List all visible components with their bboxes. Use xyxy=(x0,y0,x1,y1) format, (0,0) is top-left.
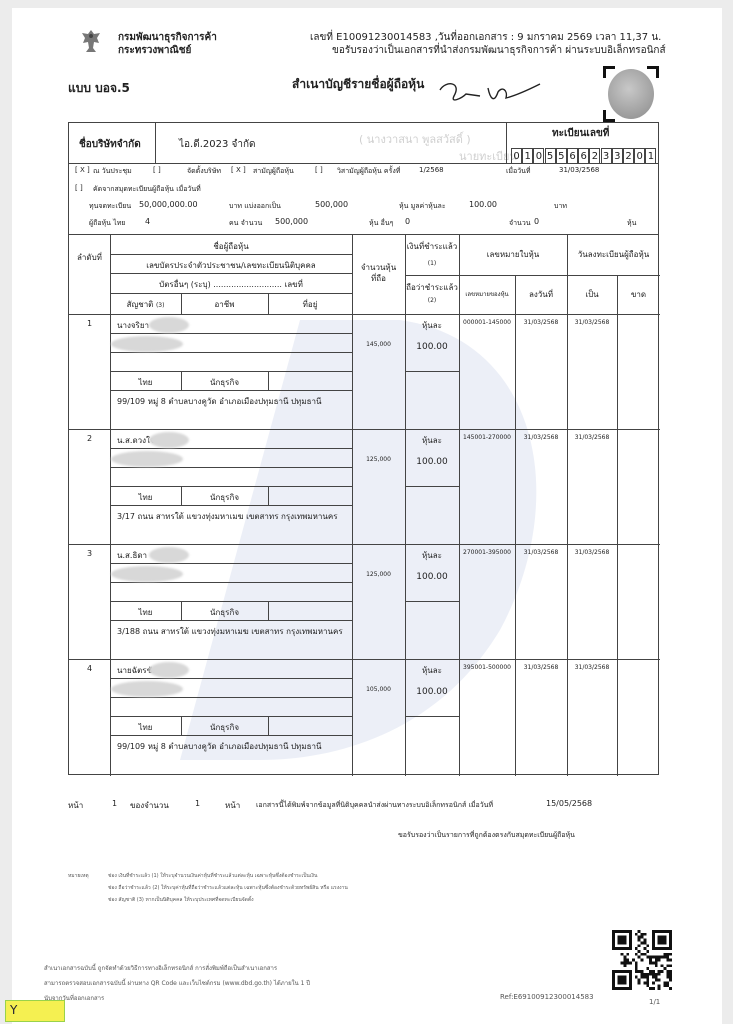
signature-icon xyxy=(432,78,552,108)
holder-occupation: นักธุรกิจ xyxy=(181,606,268,619)
par-value: 100.00 xyxy=(469,200,497,209)
header-cert-date: ลงวันที่ xyxy=(515,288,567,301)
holder-address: 3/188 ถนน สาทรใต้ แขวงทุ่งมหาเมฆ เขตสาทร… xyxy=(117,625,343,638)
amount-label: จำนวน xyxy=(509,218,531,229)
header-paid-cash: เงินที่ชำระแล้ว xyxy=(405,240,459,253)
table-gridline xyxy=(110,620,352,621)
registration-digit: 5 xyxy=(545,148,556,164)
header-deemed-paid: ถือว่าชำระแล้ว xyxy=(405,281,459,294)
redacted-surname xyxy=(149,432,189,448)
paid-amount: 100.00 xyxy=(405,687,459,697)
shares-held: 125,000 xyxy=(352,456,405,463)
cert-date: 31/03/2568 xyxy=(515,549,567,556)
cert-range: 000001-145000 xyxy=(459,319,515,326)
other-shares: 0 xyxy=(534,217,539,226)
remark-1: ช่อง เงินที่ชำระแล้ว (1) ให้ระบุจำนวนเงิ… xyxy=(108,872,317,880)
document-title: สำเนาบัญชีรายชื่อผู้ถือหุ้น xyxy=(292,75,424,94)
par-label: หุ้น มูลค่าหุ้นละ xyxy=(399,201,446,212)
extraordinary-label: วิสามัญผู้ถือหุ้น ครั้งที่ xyxy=(337,166,400,177)
shares-held: 145,000 xyxy=(352,341,405,348)
holder-nationality: ไทย xyxy=(110,491,181,504)
cert-range: 395001-500000 xyxy=(459,664,515,671)
registration-digit: 6 xyxy=(578,148,589,164)
table-gridline xyxy=(110,293,352,294)
table-gridline xyxy=(110,697,352,698)
company-name: ไอ.ดี.2023 จำกัด xyxy=(179,137,256,152)
redacted-id-number xyxy=(111,451,183,467)
table-gridline xyxy=(110,582,352,583)
per-share-label: หุ้นละ xyxy=(405,549,459,562)
holder-name: นางจริยา xyxy=(117,319,149,332)
page-label: หน้า xyxy=(68,799,83,812)
per-share-label: หุ้นละ xyxy=(405,319,459,332)
electronic-note-1: สำเนาเอกสารฉบับนี้ ถูกจัดทำด้วยวิธีการทา… xyxy=(44,963,277,973)
cert-range: 145001-270000 xyxy=(459,434,515,441)
table-gridline xyxy=(268,716,269,735)
table-gridline xyxy=(110,448,352,449)
cert-date: 31/03/2568 xyxy=(515,434,567,441)
became-date: 31/03/2568 xyxy=(567,664,617,671)
table-gridline xyxy=(110,467,352,468)
registration-digit: 6 xyxy=(567,148,578,164)
shares-held: 125,000 xyxy=(352,571,405,578)
remarks-label: หมายเหตุ xyxy=(68,872,89,880)
table-gridline xyxy=(110,505,352,506)
paid-amount: 100.00 xyxy=(405,342,459,352)
header-id-number: เลขบัตรประจำตัวประชาชน/เลขทะเบียนนิติบุค… xyxy=(110,259,352,272)
header-seq: ลำดับที่ xyxy=(69,251,110,264)
cert-range: 270001-395000 xyxy=(459,549,515,556)
meeting-date-label: เมื่อวันที่ xyxy=(506,166,531,177)
row-seq: 4 xyxy=(69,664,110,673)
highlight-marker: Y xyxy=(5,1000,65,1022)
shareholder-table: ลำดับที่ ชื่อผู้ถือหุ้น เลขบัตรประจำตัวป… xyxy=(68,234,659,775)
holder-occupation: นักธุรกิจ xyxy=(181,721,268,734)
table-gridline xyxy=(268,371,269,390)
holder-address: 3/17 ถนน สาทรใต้ แขวงทุ่งมหาเมฆ เขตสาทร … xyxy=(117,510,338,523)
row-seq: 2 xyxy=(69,434,110,443)
table-gridline xyxy=(110,352,352,353)
table-gridline xyxy=(405,371,459,372)
header-address: ที่อยู่ xyxy=(268,298,352,311)
table-gridline xyxy=(110,333,352,334)
table-gridline xyxy=(459,235,460,776)
holder-nationality: ไทย xyxy=(110,606,181,619)
page-total: 1 xyxy=(195,799,200,808)
registration-digit: 5 xyxy=(556,148,567,164)
remark-2: ช่อง ถือว่าชำระแล้ว (2) ให้ระบุค่าหุ้นที… xyxy=(108,884,348,892)
table-gridline xyxy=(405,716,459,717)
registration-digit: 1 xyxy=(645,148,656,164)
holder-name: น.ส.ธิดา xyxy=(117,549,147,562)
paid-amount: 100.00 xyxy=(405,572,459,582)
registration-digit: 0 xyxy=(533,148,544,164)
holder-nationality: ไทย xyxy=(110,721,181,734)
ministry-name: กระทรวงพาณิชย์ xyxy=(118,43,191,58)
company-box: ชื่อบริษัทจำกัด ไอ.ดี.2023 จำกัด ( นางวา… xyxy=(68,122,659,164)
copy-checkbox: [ ] xyxy=(75,184,83,192)
header-paid-cash-note: (1) xyxy=(405,260,459,267)
table-gridline xyxy=(69,429,660,430)
thai-shares: 500,000 xyxy=(275,217,308,226)
table-gridline xyxy=(110,254,352,255)
table-gridline xyxy=(110,601,352,602)
header-occupation: อาชีพ xyxy=(181,298,268,311)
registrar-name-faded: ( นางวาสนา พูลสวัสดิ์ ) xyxy=(359,130,471,148)
holder-occupation: นักธุรกิจ xyxy=(181,376,268,389)
redacted-id-number xyxy=(111,566,183,582)
meeting-info: [ X ] ณ วันประชุม [ ] จัดตั้งบริษัท [ X … xyxy=(68,164,659,234)
company-label: ชื่อบริษัทจำกัด xyxy=(79,137,141,152)
registration-digit: 3 xyxy=(612,148,623,164)
qr-page-indicator: 1/1 xyxy=(649,998,660,1006)
thai-holders-count: 4 xyxy=(145,217,150,226)
printed-date: 15/05/2568 xyxy=(546,799,592,808)
table-gridline xyxy=(268,601,269,620)
table-gridline xyxy=(567,235,568,776)
holder-address: 99/109 หมู่ 8 ตำบลบางคูวัด อำเภอเมืองปทุ… xyxy=(117,395,321,408)
redacted-surname xyxy=(149,317,189,333)
cert-date: 31/03/2568 xyxy=(515,664,567,671)
shares-held: 105,000 xyxy=(352,686,405,693)
table-gridline xyxy=(110,486,352,487)
registered-capital: 50,000,000.00 xyxy=(139,200,198,209)
row-seq: 1 xyxy=(69,319,110,328)
form-name: แบบ บอจ.5 xyxy=(68,79,130,98)
extraordinary-checkbox: [ ] xyxy=(315,166,323,174)
meeting-checkbox: [ X ] xyxy=(75,166,90,174)
registration-digit: 3 xyxy=(601,148,612,164)
registration-digit: 1 xyxy=(522,148,533,164)
founding-label: จัดตั้งบริษัท xyxy=(187,166,221,177)
ordinary-checkbox: [ X ] xyxy=(231,166,246,174)
registration-label: ทะเบียนเลขที่ xyxy=(552,126,609,141)
page-label-2: หน้า xyxy=(225,799,240,812)
table-gridline xyxy=(181,293,182,314)
table-gridline xyxy=(110,678,352,679)
redacted-id-number xyxy=(111,681,183,697)
garuda-emblem-icon xyxy=(80,28,102,54)
certify-correct: ขอรับรองว่าเป็นรายการที่ถูกต้องตรงกับสมุ… xyxy=(398,830,575,841)
became-date: 31/03/2568 xyxy=(567,434,617,441)
page-number: 1 xyxy=(112,799,117,808)
holder-nationality: ไทย xyxy=(110,376,181,389)
holder-occupation: นักธุรกิจ xyxy=(181,491,268,504)
copy-label: คัดจากสมุดทะเบียนผู้ถือหุ้น เมื่อวันที่ xyxy=(93,184,201,195)
header-registration-date: วันลงทะเบียนผู้ถือหุ้น xyxy=(567,248,660,261)
reference-number: Ref:E69100912300014583 xyxy=(500,993,594,1001)
founding-checkbox: [ ] xyxy=(153,166,161,174)
registration-digit: 2 xyxy=(623,148,634,164)
holder-address: 99/109 หมู่ 8 ตำบลบางคูวัด อำเภอเมืองปทุ… xyxy=(117,740,321,753)
table-gridline xyxy=(405,486,459,487)
remark-3: ช่อง สัญชาติ (3) หากเป็นนิติบุคคล ให้ระบ… xyxy=(108,896,254,904)
table-gridline xyxy=(69,659,660,660)
printed-note: เอกสารนี้ได้พิมพ์จากข้อมูลที่นิติบุคคลนำ… xyxy=(256,800,493,811)
cert-date: 31/03/2568 xyxy=(515,319,567,326)
other-holders-label: หุ้น อื่นๆ xyxy=(369,218,393,229)
redacted-surname xyxy=(149,547,189,563)
header-other-card: บัตรอื่นๆ (ระบุ) .......................… xyxy=(110,278,352,291)
table-gridline xyxy=(617,275,618,776)
redacted-surname xyxy=(149,662,189,678)
header-nationality: สัญชาติ xyxy=(127,300,154,309)
per-share-label: หุ้นละ xyxy=(405,664,459,677)
registration-cell: ทะเบียนเลขที่ 0105566233201 xyxy=(506,123,658,163)
table-gridline xyxy=(352,235,353,776)
table-gridline xyxy=(69,544,660,545)
table-gridline xyxy=(110,563,352,564)
persons-label: คน จำนวน xyxy=(229,218,262,229)
capital-label: ทุนจดทะเบียน xyxy=(89,201,131,212)
per-share-label: หุ้นละ xyxy=(405,434,459,447)
header-deemed-paid-note: (2) xyxy=(405,297,459,304)
qr-code-icon[interactable] xyxy=(612,930,672,990)
table-gridline xyxy=(110,716,352,717)
table-gridline xyxy=(110,371,352,372)
table-gridline xyxy=(69,314,660,315)
became-date: 31/03/2568 xyxy=(567,319,617,326)
header-shares-held-2: ที่ถือ xyxy=(352,272,405,285)
row-seq: 3 xyxy=(69,549,110,558)
meeting-date: 31/03/2568 xyxy=(559,166,599,174)
table-gridline xyxy=(268,293,269,314)
became-date: 31/03/2568 xyxy=(567,549,617,556)
thai-holders-label: ผู้ถือหุ้น ไทย xyxy=(89,218,125,229)
header-ceased: ขาด xyxy=(617,288,660,301)
registration-digit: 0 xyxy=(511,148,522,164)
shares-unit: หุ้น xyxy=(627,218,636,229)
registration-digit: 2 xyxy=(589,148,600,164)
ordinary-label: สามัญผู้ถือหุ้น xyxy=(253,166,294,177)
header-became: เป็น xyxy=(567,288,617,301)
meeting-label: ณ วันประชุม xyxy=(93,166,132,177)
header-cert-range: เลขหมายของหุ้น xyxy=(459,289,515,299)
table-gridline xyxy=(110,390,352,391)
table-gridline xyxy=(515,275,516,776)
paid-amount: 100.00 xyxy=(405,457,459,467)
of-label: ของจำนวน xyxy=(130,799,169,812)
redacted-id-number xyxy=(111,336,183,352)
split-label: บาท แบ่งออกเป็น xyxy=(229,201,281,212)
table-gridline xyxy=(110,735,352,736)
table-gridline xyxy=(110,273,352,274)
certification-line: ขอรับรองว่าเป็นเอกสารที่นำส่งกรมพัฒนาธุร… xyxy=(332,43,666,58)
electronic-note-2: สามารถตรวจสอบเอกสารฉบับนี้ ผ่านทาง QR Co… xyxy=(44,978,310,988)
qr-code-blurred xyxy=(603,66,659,122)
table-gridline xyxy=(405,275,660,276)
table-gridline xyxy=(268,486,269,505)
table-gridline xyxy=(405,601,459,602)
other-holders-count: 0 xyxy=(405,217,410,226)
header-holder-name: ชื่อผู้ถือหุ้น xyxy=(110,240,352,253)
registration-digit: 0 xyxy=(634,148,645,164)
header-nationality-note: (3) xyxy=(156,302,165,309)
meeting-number: 1/2568 xyxy=(419,166,444,174)
baht-label: บาท xyxy=(554,201,567,212)
total-shares: 500,000 xyxy=(315,200,348,209)
header-cert-number: เลขหมายใบหุ้น xyxy=(459,248,567,261)
